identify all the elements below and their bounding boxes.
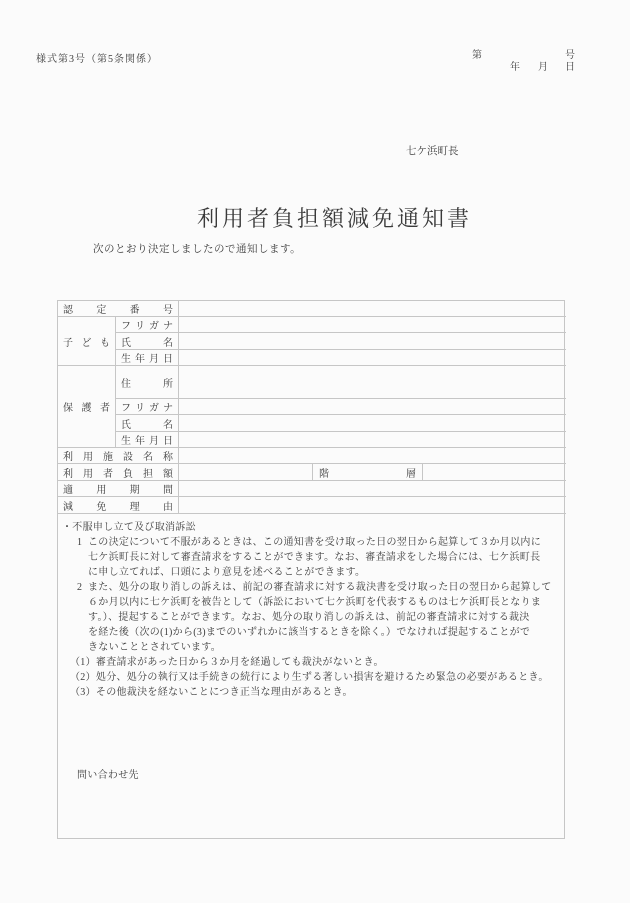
notice-item-2: 2また、処分の取り消しの訴えは、前記の審査請求に対する裁決書を受け取った日の翌日… <box>58 580 566 595</box>
notice-item-1: 1この決定について不服があるときは、この通知書を受け取った日の翌日から起算して３… <box>58 535 566 550</box>
child-group-label: 子ども <box>58 317 116 366</box>
guardian-birthdate-label: 生年月日 <box>116 432 179 448</box>
guardian-name-value-cell <box>179 415 566 432</box>
form-number: 様式第3号（第5条関係） <box>36 50 158 65</box>
application-period-label: 適用期間 <box>58 481 179 497</box>
user-burden-amount-label: 利用者負担額 <box>58 464 179 481</box>
tier-value-cell <box>423 464 566 481</box>
date-month-label: 月 <box>538 58 548 73</box>
notice-condition-3: （3）その他裁決を経ないことにつき正当な理由があるとき。 <box>58 685 566 700</box>
facility-name-value-cell <box>179 448 566 464</box>
notice-item-2-cont: ６か月以内に七ケ浜町を被告として（訴訟において七ケ浜町を代表するものは七ケ浜町長… <box>58 595 566 610</box>
doc-number-prefix: 第 <box>472 46 482 61</box>
guardian-furigana-value-cell <box>179 399 566 415</box>
guardian-address-value-cell <box>179 366 566 399</box>
guardian-address-label: 住所 <box>116 366 179 399</box>
application-period-value-cell <box>179 481 566 497</box>
page-title: 利用者負担額減免通知書 <box>197 202 472 233</box>
certification-number-label: 認定番号 <box>58 301 179 317</box>
notice-condition-2: （2）処分、処分の執行又は手続きの続行により生ずる著しい損害を避けるため緊急の必… <box>58 670 566 685</box>
notice-item-1-cont: 七ケ浜町長に対して審査請求をすることができます。なお、審査請求をした場合には、七… <box>58 550 566 565</box>
user-burden-amount-value-cell <box>179 464 313 481</box>
notice-item-2-cont: を経た後（次の(1)から(3)までのいずれかに該当するときを除く。）でなければ提… <box>58 625 566 640</box>
guardian-furigana-label: フリガナ <box>116 399 179 415</box>
addressee: 七ケ浜町長 <box>406 143 459 158</box>
child-furigana-label: フリガナ <box>116 317 179 333</box>
guardian-name-label: 氏名 <box>116 415 179 432</box>
contact-label: 問い合わせ先 <box>58 768 566 783</box>
guardian-group-label: 保護者 <box>58 366 116 448</box>
reduction-reason-label: 減免理由 <box>58 497 179 514</box>
notice-item-2-cont: す。）、提起することができます。なお、処分の取り消しの訴えは、前記の審査請求に対… <box>58 610 566 625</box>
child-birthdate-label: 生年月日 <box>116 350 179 366</box>
child-furigana-value-cell <box>179 317 566 333</box>
child-birthdate-value-cell <box>179 350 566 366</box>
guardian-birthdate-value-cell <box>179 432 566 448</box>
date-year-label: 年 <box>510 58 520 73</box>
intro-text: 次のとおり決定しましたので通知します。 <box>93 241 301 256</box>
notice-condition-1: （1）審査請求があった日から３か月を経過しても裁決がないとき。 <box>58 655 566 670</box>
notification-form-table: 認定番号 子ども フリガナ 氏名 生年月日 保護者 住所 フリガナ 氏名 生年月… <box>57 300 565 839</box>
date-day-label: 日 <box>565 58 575 73</box>
reduction-reason-value-cell <box>179 497 566 514</box>
tier-label: 階層 <box>313 464 423 481</box>
notice-item-1-cont: に申し立てれば、口頭により意見を述べることができます。 <box>58 565 566 580</box>
notice-item-2-cont: きないこととされています。 <box>58 640 566 655</box>
notice-heading: ・不服申し立て及び取消訴訟 <box>58 520 566 535</box>
child-name-value-cell <box>179 333 566 350</box>
certification-number-value-cell <box>179 301 566 317</box>
facility-name-label: 利用施設名称 <box>58 448 179 464</box>
child-name-label: 氏名 <box>116 333 179 350</box>
appeal-notice: ・不服申し立て及び取消訴訟 1この決定について不服があるときは、この通知書を受け… <box>58 514 566 838</box>
